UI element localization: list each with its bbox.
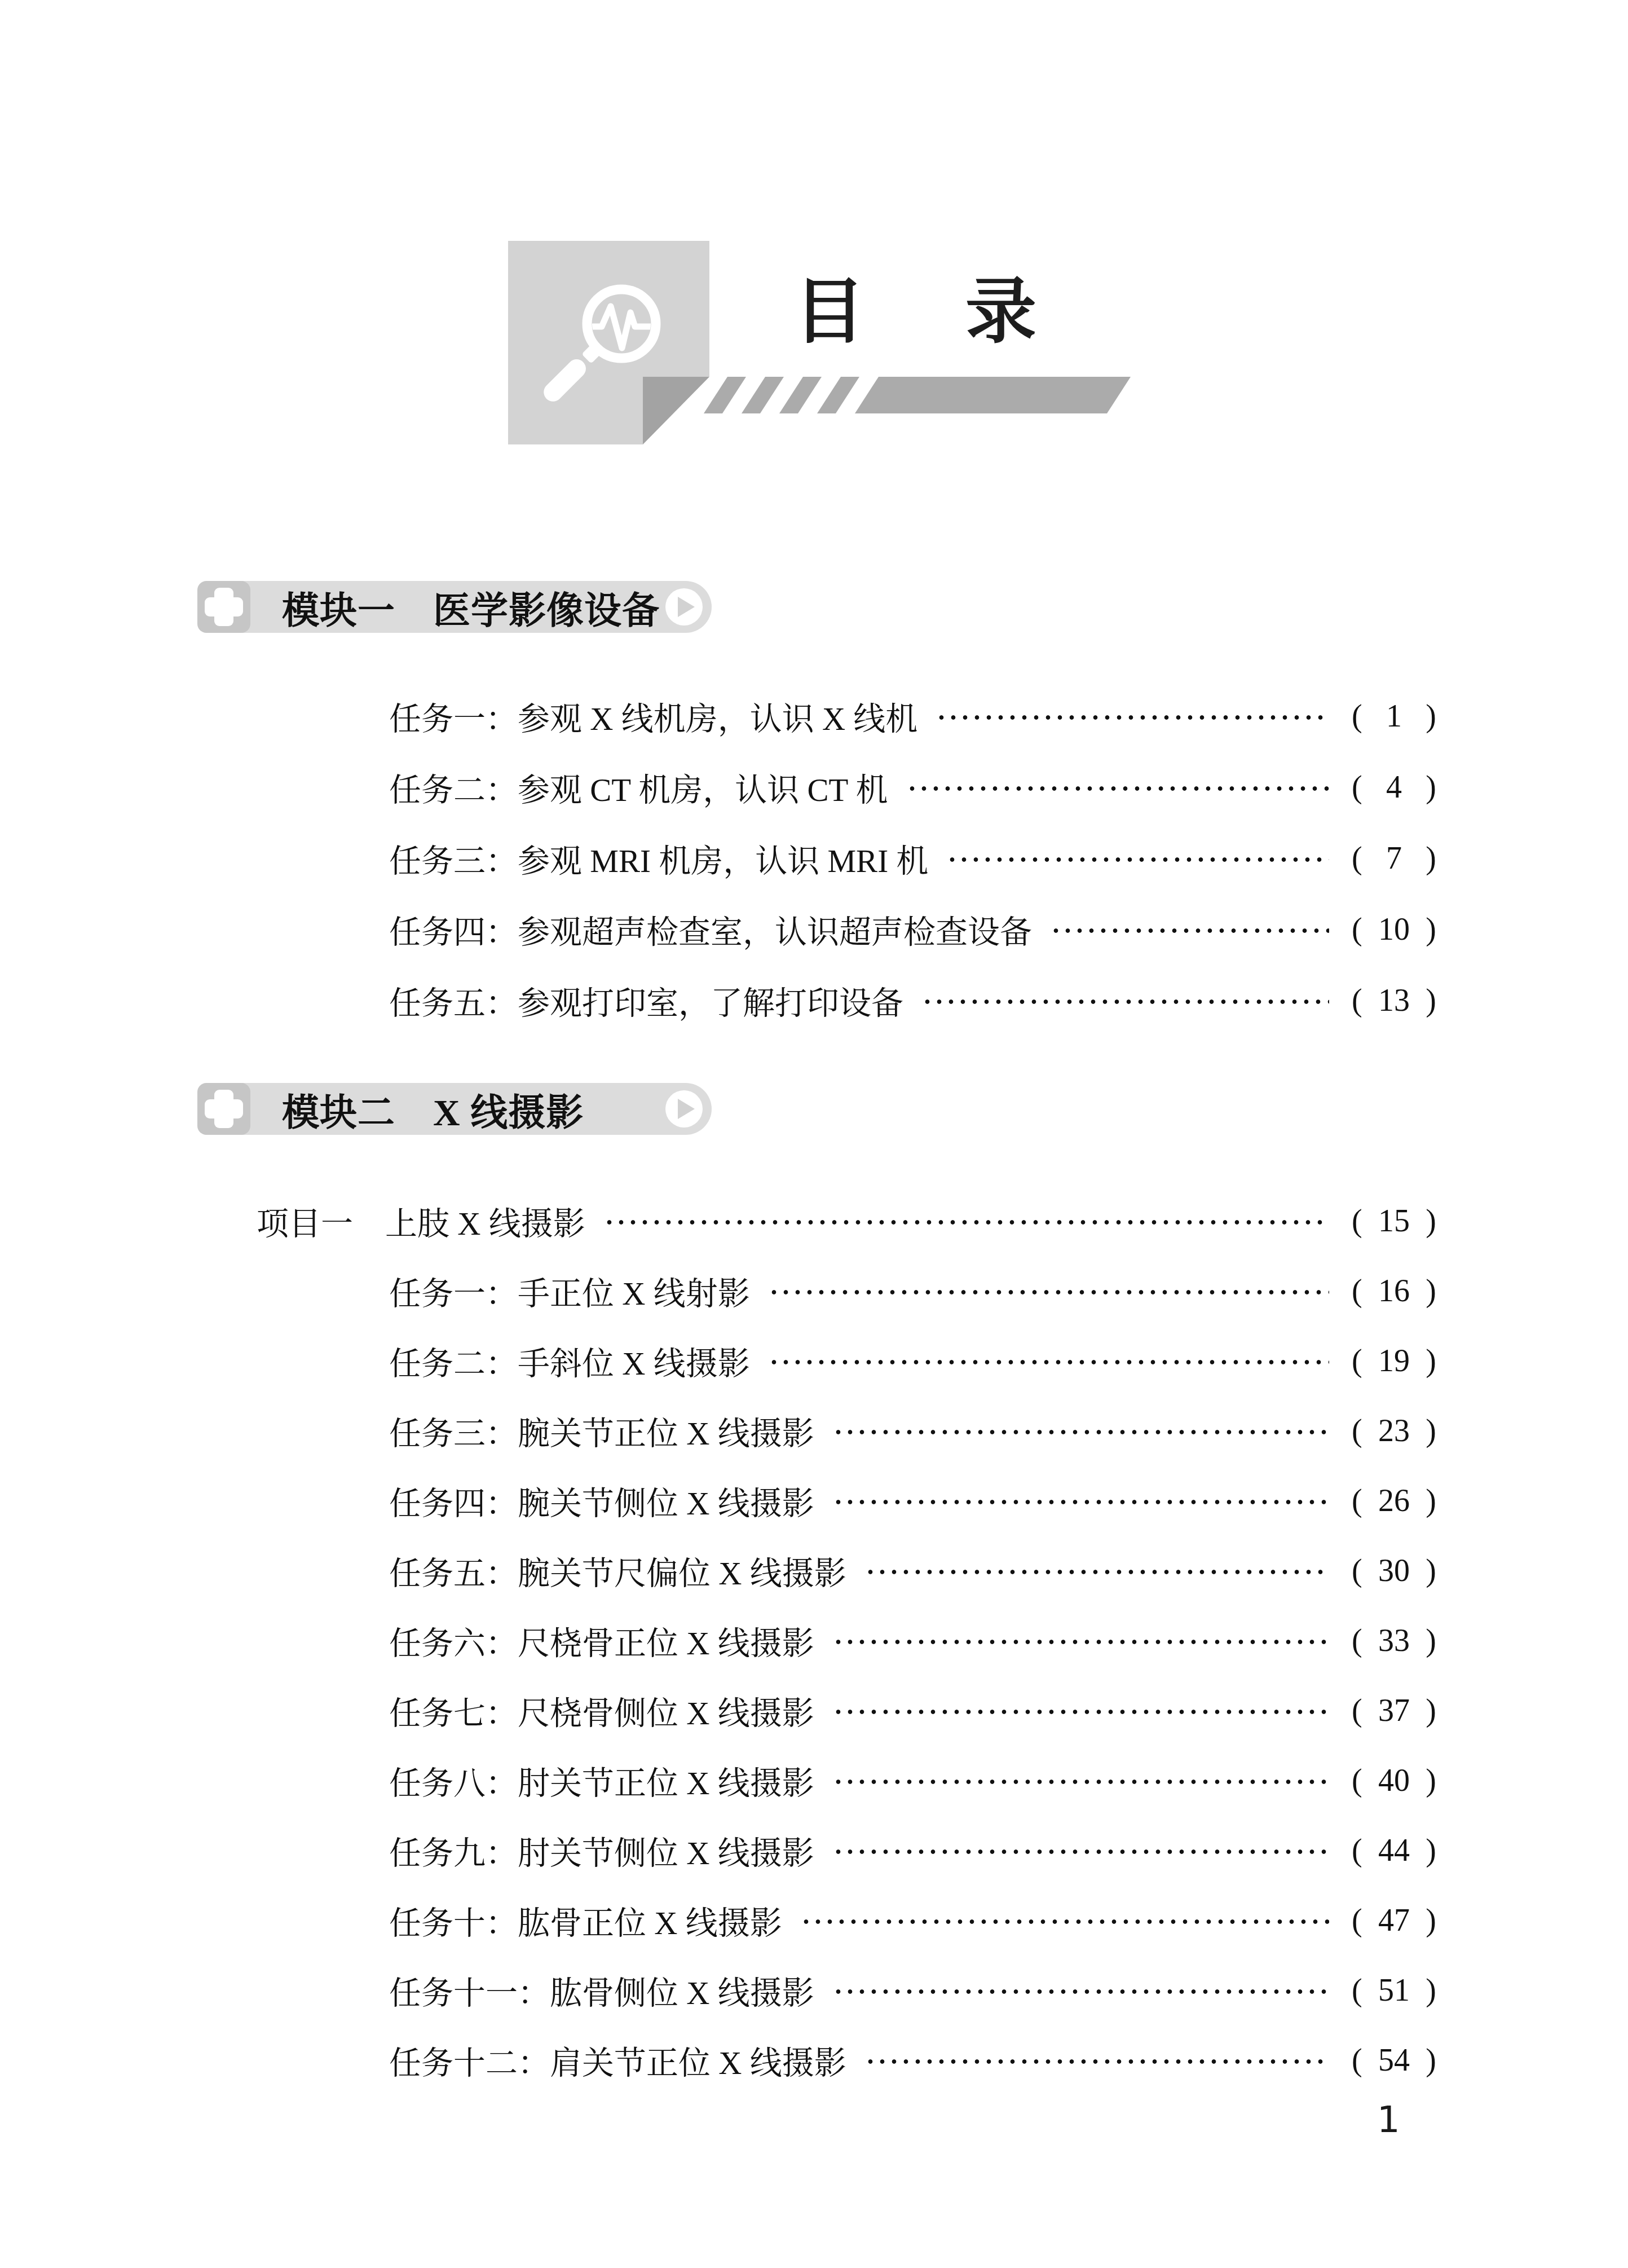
paren-open: (: [1352, 1903, 1362, 1939]
toc-entry: 任务二：手斜位 X 线摄影 ( 19 ): [0, 1326, 1628, 1396]
toc-entry-label: 任务五：参观打印室，了解打印设备: [389, 977, 903, 1024]
paren-close: ): [1426, 2042, 1436, 2078]
stripe-banner: [704, 377, 1131, 413]
toc-entry-label: 任务四：参观超声检查室，认识超声检查设备: [389, 906, 1032, 953]
toc-page-ref: ( 23 ): [1352, 1413, 1436, 1449]
toc-entry-label: 任务九：肘关节侧位 X 线摄影: [389, 1827, 814, 1874]
toc-page-ref: ( 44 ): [1352, 1833, 1436, 1869]
toc-entry-page: 23: [1362, 1413, 1426, 1449]
dot-leader: [832, 1500, 1329, 1504]
dot-leader: [936, 715, 1329, 720]
page-number: 1: [1377, 2099, 1400, 2141]
paren-close: ): [1426, 1972, 1436, 2009]
page-title: 目 录: [794, 278, 1051, 349]
play-icon: [665, 588, 703, 626]
paren-close: ): [1426, 1763, 1436, 1799]
toc-entry-page: 4: [1362, 769, 1426, 805]
toc-entry: 项目一 上肢 X 线摄影 ( 15 ): [0, 1186, 1628, 1256]
toc-entry-page: 54: [1362, 2042, 1426, 2078]
toc-list: 项目一 上肢 X 线摄影 ( 15 ) 任务一：手正位 X 线射影 ( 16 )…: [0, 1186, 1628, 2095]
dot-leader: [800, 1919, 1329, 1924]
toc-page-ref: ( 4 ): [1352, 769, 1436, 805]
toc-page-ref: ( 54 ): [1352, 2042, 1436, 2078]
dot-leader: [603, 1220, 1329, 1225]
toc-entry-label: 任务六：尺桡骨正位 X 线摄影: [389, 1618, 814, 1664]
paren-close: ): [1426, 698, 1436, 734]
toc-entry-label: 任务十二：肩关节正位 X 线摄影: [389, 2037, 846, 2084]
toc-entry: 任务十一：肱骨侧位 X 线摄影 ( 51 ): [0, 1956, 1628, 2025]
toc-page-ref: ( 19 ): [1352, 1343, 1436, 1379]
module-title: 模块一 医学影像设备: [282, 580, 660, 634]
paren-close: ): [1426, 1483, 1436, 1519]
toc-entry-page: 16: [1362, 1273, 1426, 1309]
paren-close: ): [1426, 1343, 1436, 1379]
dot-leader: [832, 1989, 1329, 1994]
toc-entry-label: 任务二：手斜位 X 线摄影: [389, 1338, 750, 1384]
paren-close: ): [1426, 1553, 1436, 1589]
paren-open: (: [1352, 2042, 1362, 2078]
dot-leader: [864, 1570, 1329, 1574]
medical-cross-icon: [197, 581, 250, 633]
toc-page-ref: ( 26 ): [1352, 1483, 1436, 1519]
toc-page-ref: ( 16 ): [1352, 1273, 1436, 1309]
paren-close: ): [1426, 1623, 1436, 1659]
paren-close: ): [1426, 1903, 1436, 1939]
toc-entry: 任务四：参观超声检查室，认识超声检查设备 ( 10 ): [0, 894, 1628, 965]
toc-entry: 任务一：手正位 X 线射影 ( 16 ): [0, 1256, 1628, 1326]
dot-leader: [832, 1640, 1329, 1644]
paren-open: (: [1352, 698, 1362, 734]
toc-page: 目 录 模块一 医学影像设备 任务一：参观 X 线机房，认识 X 线机 ( 1 …: [0, 0, 1628, 2268]
toc-entry-page: 19: [1362, 1343, 1426, 1379]
toc-entry-page: 37: [1362, 1693, 1426, 1729]
paren-open: (: [1352, 1623, 1362, 1659]
paren-open: (: [1352, 1972, 1362, 2009]
paren-open: (: [1352, 1273, 1362, 1309]
toc-list: 任务一：参观 X 线机房，认识 X 线机 ( 1 ) 任务二：参观 CT 机房，…: [0, 681, 1628, 1036]
toc-entry-page: 47: [1362, 1903, 1426, 1939]
toc-page-ref: ( 13 ): [1352, 983, 1436, 1019]
toc-entry-page: 40: [1362, 1763, 1426, 1799]
toc-page-ref: ( 40 ): [1352, 1763, 1436, 1799]
toc-entry-label: 任务十一：肱骨侧位 X 线摄影: [389, 1967, 814, 2014]
paren-open: (: [1352, 1833, 1362, 1869]
dot-leader: [864, 2059, 1329, 2064]
paren-open: (: [1352, 769, 1362, 805]
dot-leader: [832, 1430, 1329, 1434]
page-fold: [643, 377, 709, 444]
toc-entry-page: 13: [1362, 983, 1426, 1019]
paren-close: ): [1426, 1693, 1436, 1729]
toc-entry: 任务六：尺桡骨正位 X 线摄影 ( 33 ): [0, 1606, 1628, 1676]
toc-entry: 任务四：腕关节侧位 X 线摄影 ( 26 ): [0, 1466, 1628, 1536]
paren-open: (: [1352, 1483, 1362, 1519]
toc-entry: 任务十二：肩关节正位 X 线摄影 ( 54 ): [0, 2025, 1628, 2095]
toc-entry: 任务十：肱骨正位 X 线摄影 ( 47 ): [0, 1886, 1628, 1956]
dot-leader: [1050, 928, 1329, 933]
paren-open: (: [1352, 1763, 1362, 1799]
dot-leader: [832, 1849, 1329, 1854]
toc-entry: 任务三：腕关节正位 X 线摄影 ( 23 ): [0, 1396, 1628, 1466]
toc-entry-page: 30: [1362, 1553, 1426, 1589]
paren-open: (: [1352, 1693, 1362, 1729]
toc-entry: 任务七：尺桡骨侧位 X 线摄影 ( 37 ): [0, 1676, 1628, 1746]
dot-leader: [906, 786, 1329, 791]
toc-entry-page: 44: [1362, 1833, 1426, 1869]
toc-entry-label: 任务一：手正位 X 线射影: [389, 1268, 750, 1314]
paren-open: (: [1352, 840, 1362, 877]
toc-page-ref: ( 15 ): [1352, 1203, 1436, 1239]
paren-open: (: [1352, 1553, 1362, 1589]
paren-open: (: [1352, 1343, 1362, 1379]
paren-close: ): [1426, 1273, 1436, 1309]
toc-entry-label: 任务十：肱骨正位 X 线摄影: [389, 1897, 782, 1944]
module-banner: 模块二 X 线摄影: [197, 1083, 712, 1135]
dot-leader: [921, 999, 1329, 1004]
paren-open: (: [1352, 911, 1362, 948]
paren-close: ): [1426, 840, 1436, 877]
toc-entry: 任务九：肘关节侧位 X 线摄影 ( 44 ): [0, 1816, 1628, 1886]
dot-leader: [768, 1290, 1329, 1294]
dot-leader: [832, 1710, 1329, 1714]
toc-entry-page: 10: [1362, 911, 1426, 948]
toc-entry-page: 15: [1362, 1203, 1426, 1239]
dot-leader: [946, 857, 1329, 862]
paren-open: (: [1352, 1413, 1362, 1449]
toc-entry-label: 任务一：参观 X 线机房，认识 X 线机: [389, 693, 917, 739]
paren-close: ): [1426, 911, 1436, 948]
paren-close: ): [1426, 1203, 1436, 1239]
toc-entry: 任务三：参观 MRI 机房，认识 MRI 机 ( 7 ): [0, 823, 1628, 894]
document-shape: [508, 241, 709, 444]
toc-entry-label: 任务七：尺桡骨侧位 X 线摄影: [389, 1688, 814, 1734]
toc-entry-label: 任务四：腕关节侧位 X 线摄影: [389, 1478, 814, 1524]
toc-entry: 任务二：参观 CT 机房，认识 CT 机 ( 4 ): [0, 752, 1628, 823]
play-icon: [665, 1090, 703, 1128]
medical-cross-icon: [197, 1083, 250, 1135]
toc-entry-label: 任务三：腕关节正位 X 线摄影: [389, 1408, 814, 1454]
paren-open: (: [1352, 1203, 1362, 1239]
dot-leader: [768, 1360, 1329, 1364]
toc-page-ref: ( 30 ): [1352, 1553, 1436, 1589]
toc-entry: 任务五：参观打印室，了解打印设备 ( 13 ): [0, 965, 1628, 1036]
dot-leader: [832, 1780, 1329, 1784]
toc-entry-label: 任务八：肘关节正位 X 线摄影: [389, 1758, 814, 1804]
toc-entry-page: 51: [1362, 1972, 1426, 2009]
module-banner: 模块一 医学影像设备: [197, 581, 712, 633]
paren-close: ): [1426, 1413, 1436, 1449]
paren-close: ): [1426, 983, 1436, 1019]
toc-entry: 任务八：肘关节正位 X 线摄影 ( 40 ): [0, 1746, 1628, 1816]
toc-entry-label: 任务五：腕关节尺偏位 X 线摄影: [389, 1548, 846, 1594]
toc-page-ref: ( 47 ): [1352, 1903, 1436, 1939]
toc-entry-page: 1: [1362, 698, 1426, 734]
module-title: 模块二 X 线摄影: [282, 1082, 584, 1136]
toc-page-ref: ( 51 ): [1352, 1972, 1436, 2009]
toc-entry-page: 26: [1362, 1483, 1426, 1519]
toc-entry: 任务五：腕关节尺偏位 X 线摄影 ( 30 ): [0, 1536, 1628, 1606]
toc-entry-label: 任务二：参观 CT 机房，认识 CT 机: [389, 764, 888, 811]
paren-close: ): [1426, 769, 1436, 805]
toc-page-ref: ( 7 ): [1352, 840, 1436, 877]
toc-page-ref: ( 1 ): [1352, 698, 1436, 734]
toc-entry-page: 33: [1362, 1623, 1426, 1659]
paren-open: (: [1352, 983, 1362, 1019]
toc-page-ref: ( 37 ): [1352, 1693, 1436, 1729]
paren-close: ): [1426, 1833, 1436, 1869]
toc-page-ref: ( 10 ): [1352, 911, 1436, 948]
toc-entry-label: 项目一 上肢 X 线摄影: [257, 1198, 585, 1244]
toc-entry-page: 7: [1362, 840, 1426, 877]
toc-entry-label: 任务三：参观 MRI 机房，认识 MRI 机: [389, 835, 928, 882]
toc-page-ref: ( 33 ): [1352, 1623, 1436, 1659]
toc-entry: 任务一：参观 X 线机房，认识 X 线机 ( 1 ): [0, 681, 1628, 752]
